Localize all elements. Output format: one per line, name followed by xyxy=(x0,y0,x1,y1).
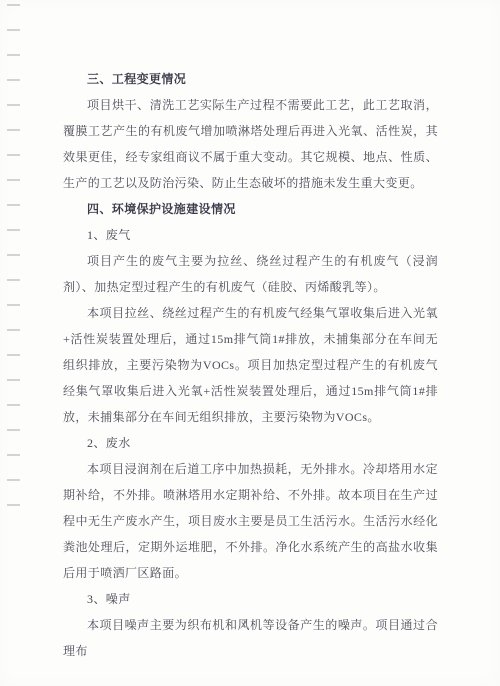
document-body: 三、工程变更情况项目烘干、清洗工艺实际生产过程不需要此工艺，此工艺取消，覆膜工艺… xyxy=(63,66,438,664)
scanned-document-page: 三、工程变更情况项目烘干、清洗工艺实际生产过程不需要此工艺，此工艺取消，覆膜工艺… xyxy=(0,0,500,686)
document-section-paragraph: 项目烘干、清洗工艺实际生产过程不需要此工艺，此工艺取消，覆膜工艺产生的有机废气增… xyxy=(63,92,438,196)
document-section-subheading: 3、噪声 xyxy=(63,586,438,612)
document-section-subheading: 1、废气 xyxy=(63,222,438,248)
document-section-heading: 四、环境保护设施建设情况 xyxy=(63,196,438,222)
document-section-paragraph: 本项目浸润剂在后道工序中加热损耗，无外排水。冷却塔用水定期补给，不外排。喷淋塔用… xyxy=(63,456,438,586)
page-number: 2 xyxy=(0,616,488,632)
document-section-paragraph: 项目产生的废气主要为拉丝、绕丝过程产生的有机废气（浸润剂）、加热定型过程产生的有… xyxy=(63,248,438,300)
document-section-heading: 三、工程变更情况 xyxy=(63,66,438,92)
document-section-paragraph: 本项目拉丝、绕丝过程产生的有机废气经集气罩收集后进入光氧+活性炭装置处理后，通过… xyxy=(63,300,438,430)
document-section-subheading: 2、废水 xyxy=(63,430,438,456)
scan-binding-marks xyxy=(7,4,20,526)
